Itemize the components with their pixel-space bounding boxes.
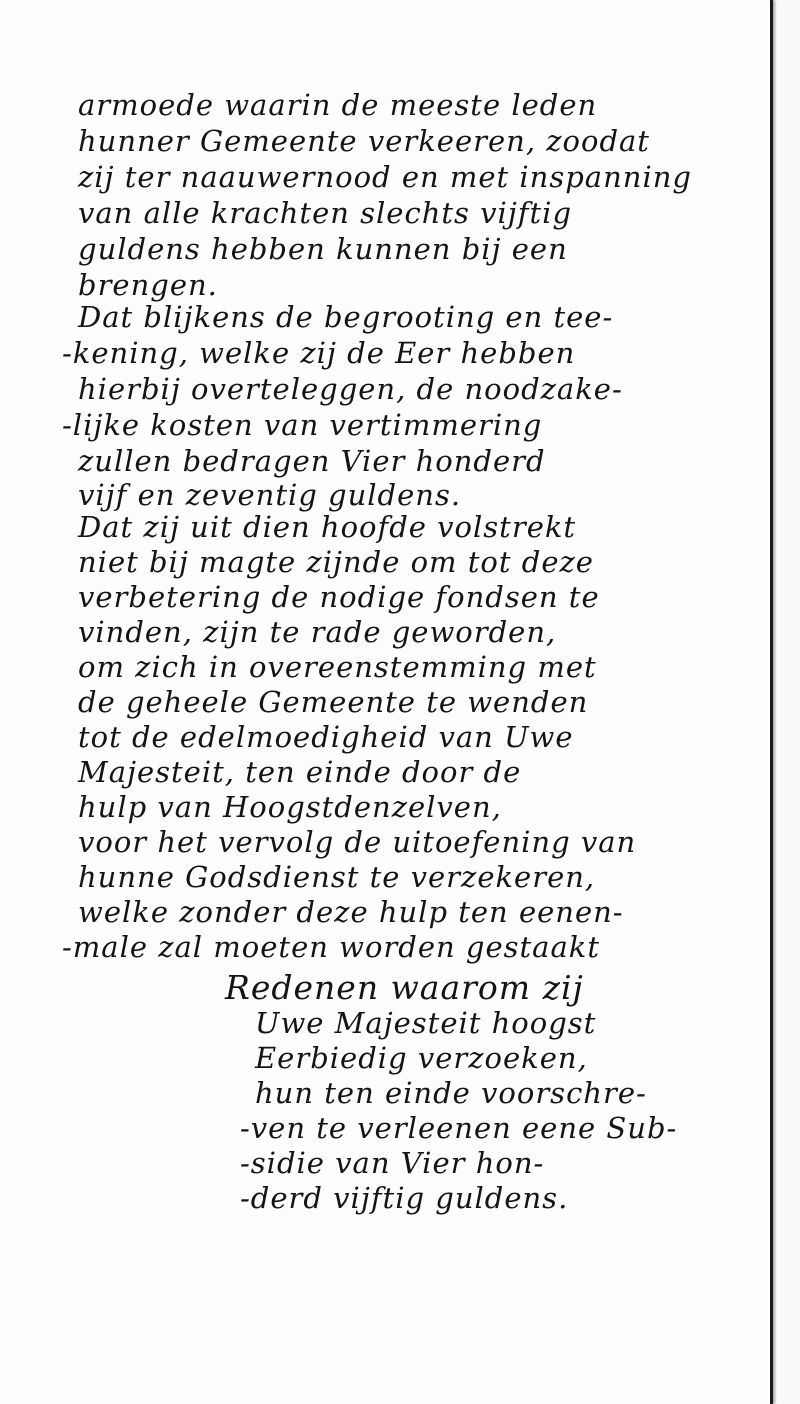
petition-line: -derd vijftig guldens. (240, 1181, 568, 1215)
petition-line: Uwe Majesteit hoogst (255, 1006, 596, 1040)
body-line: tot de edelmoedigheid van Uwe (78, 720, 574, 754)
body-line: Dat blijkens de begrooting en tee- (78, 300, 613, 334)
petition-line: -sidie van Vier hon- (240, 1146, 544, 1180)
body-line: -kening, welke zij de Eer hebben (62, 336, 575, 370)
body-line: zullen bedragen Vier honderd (78, 444, 546, 478)
petition-line: Redenen waarom zij (225, 968, 584, 1007)
manuscript-page: armoede waarin de meeste leden hunner Ge… (0, 0, 800, 1404)
body-line: -lijke kosten van vertimmering (62, 408, 542, 442)
body-line: verbetering de nodige fondsen te (78, 580, 600, 614)
body-line: vinden, zijn te rade geworden, (78, 615, 556, 649)
page-edge-line (770, 0, 773, 1404)
body-line: hunne Godsdienst te verzekeren, (78, 860, 595, 894)
body-line: Dat zij uit dien hoofde volstrekt (78, 510, 576, 544)
body-line: hulp van Hoogstdenzelven, (78, 790, 502, 824)
body-line: guldens hebben kunnen bij een (78, 232, 568, 266)
body-line: armoede waarin de meeste leden (78, 88, 597, 122)
body-line: zij ter naauwernood en met inspanning (78, 160, 692, 194)
body-line: hierbij overteleggen, de noodzake- (78, 372, 623, 406)
body-line: -male zal moeten worden gestaakt (62, 930, 600, 964)
body-line: om zich in overeenstemming met (78, 650, 597, 684)
body-line: hunner Gemeente verkeeren, zoodat (78, 124, 650, 158)
body-line: de geheele Gemeente te wenden (78, 685, 588, 719)
body-line: van alle krachten slechts vijftig (78, 196, 572, 230)
body-line: vijf en zeventig guldens. (78, 478, 461, 512)
body-line: brengen. (78, 268, 218, 302)
petition-line: hun ten einde voorschre- (255, 1076, 647, 1110)
petition-line: Eerbiedig verzoeken, (255, 1041, 588, 1075)
page-margin-right (773, 0, 800, 1404)
body-line: voor het vervolg de uitoefening van (78, 825, 636, 859)
body-line: niet bij magte zijnde om tot deze (78, 545, 594, 579)
body-line: Majesteit, ten einde door de (78, 755, 521, 789)
body-line: welke zonder deze hulp ten eenen- (78, 895, 624, 929)
petition-line: -ven te verleenen eene Sub- (240, 1111, 677, 1145)
